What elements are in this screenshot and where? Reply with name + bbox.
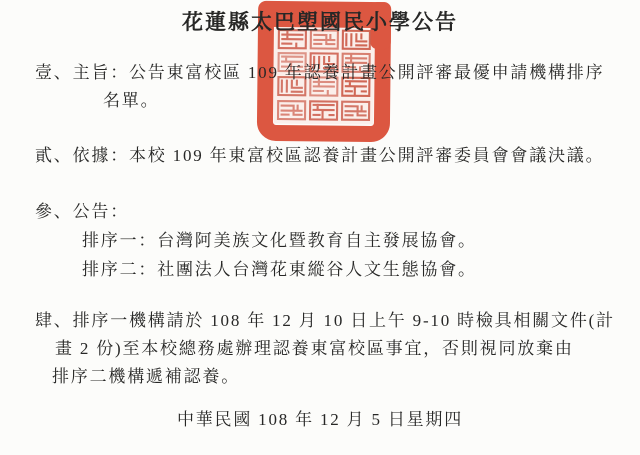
scanned-announcement-page: 花蓮縣太巴塱國民小學公告 壹、主旨：公告東富校區 109 年認養計畫公開評審最優… [0,0,640,455]
basis-line-1: 貳、依據：本校 109 年東富校區認養計畫公開評審委員會會議決議。 [0,142,640,170]
rank-1-line: 排序一：台灣阿美族文化暨教育自主發展協會。 [0,226,640,255]
section-basis: 貳、依據：本校 109 年東富校區認養計畫公開評審委員會會議決議。 [0,142,640,170]
section-announcement: 參、公告： 排序一：台灣阿美族文化暨教育自主發展協會。 排序二：社團法人台灣花東… [0,197,640,284]
instructions-line-2: 畫 2 份)至本校總務處辦理認養東富校區事宜，否則視同放棄由 [0,335,640,363]
section-instructions: 肆、排序一機構請於 108 年 12 月 10 日上午 9-10 時檢具相關文件… [0,307,640,391]
subject-line-2: 名單。 [0,87,640,115]
rank-2-line: 排序二：社團法人台灣花東縱谷人文生態協會。 [0,255,640,284]
section-subject: 壹、主旨：公告東富校區 109 年認養計畫公開評審最優申請機構排序 名單。 [0,59,640,115]
document-title: 花蓮縣太巴塱國民小學公告 [0,9,640,35]
announcement-heading: 參、公告： [0,197,640,226]
subject-line-1: 壹、主旨：公告東富校區 109 年認養計畫公開評審最優申請機構排序 [0,59,640,87]
instructions-line-1: 肆、排序一機構請於 108 年 12 月 10 日上午 9-10 時檢具相關文件… [0,307,640,335]
instructions-line-3: 排序二機構遞補認養。 [0,363,640,391]
document-date: 中華民國 108 年 12 月 5 日星期四 [0,409,640,431]
